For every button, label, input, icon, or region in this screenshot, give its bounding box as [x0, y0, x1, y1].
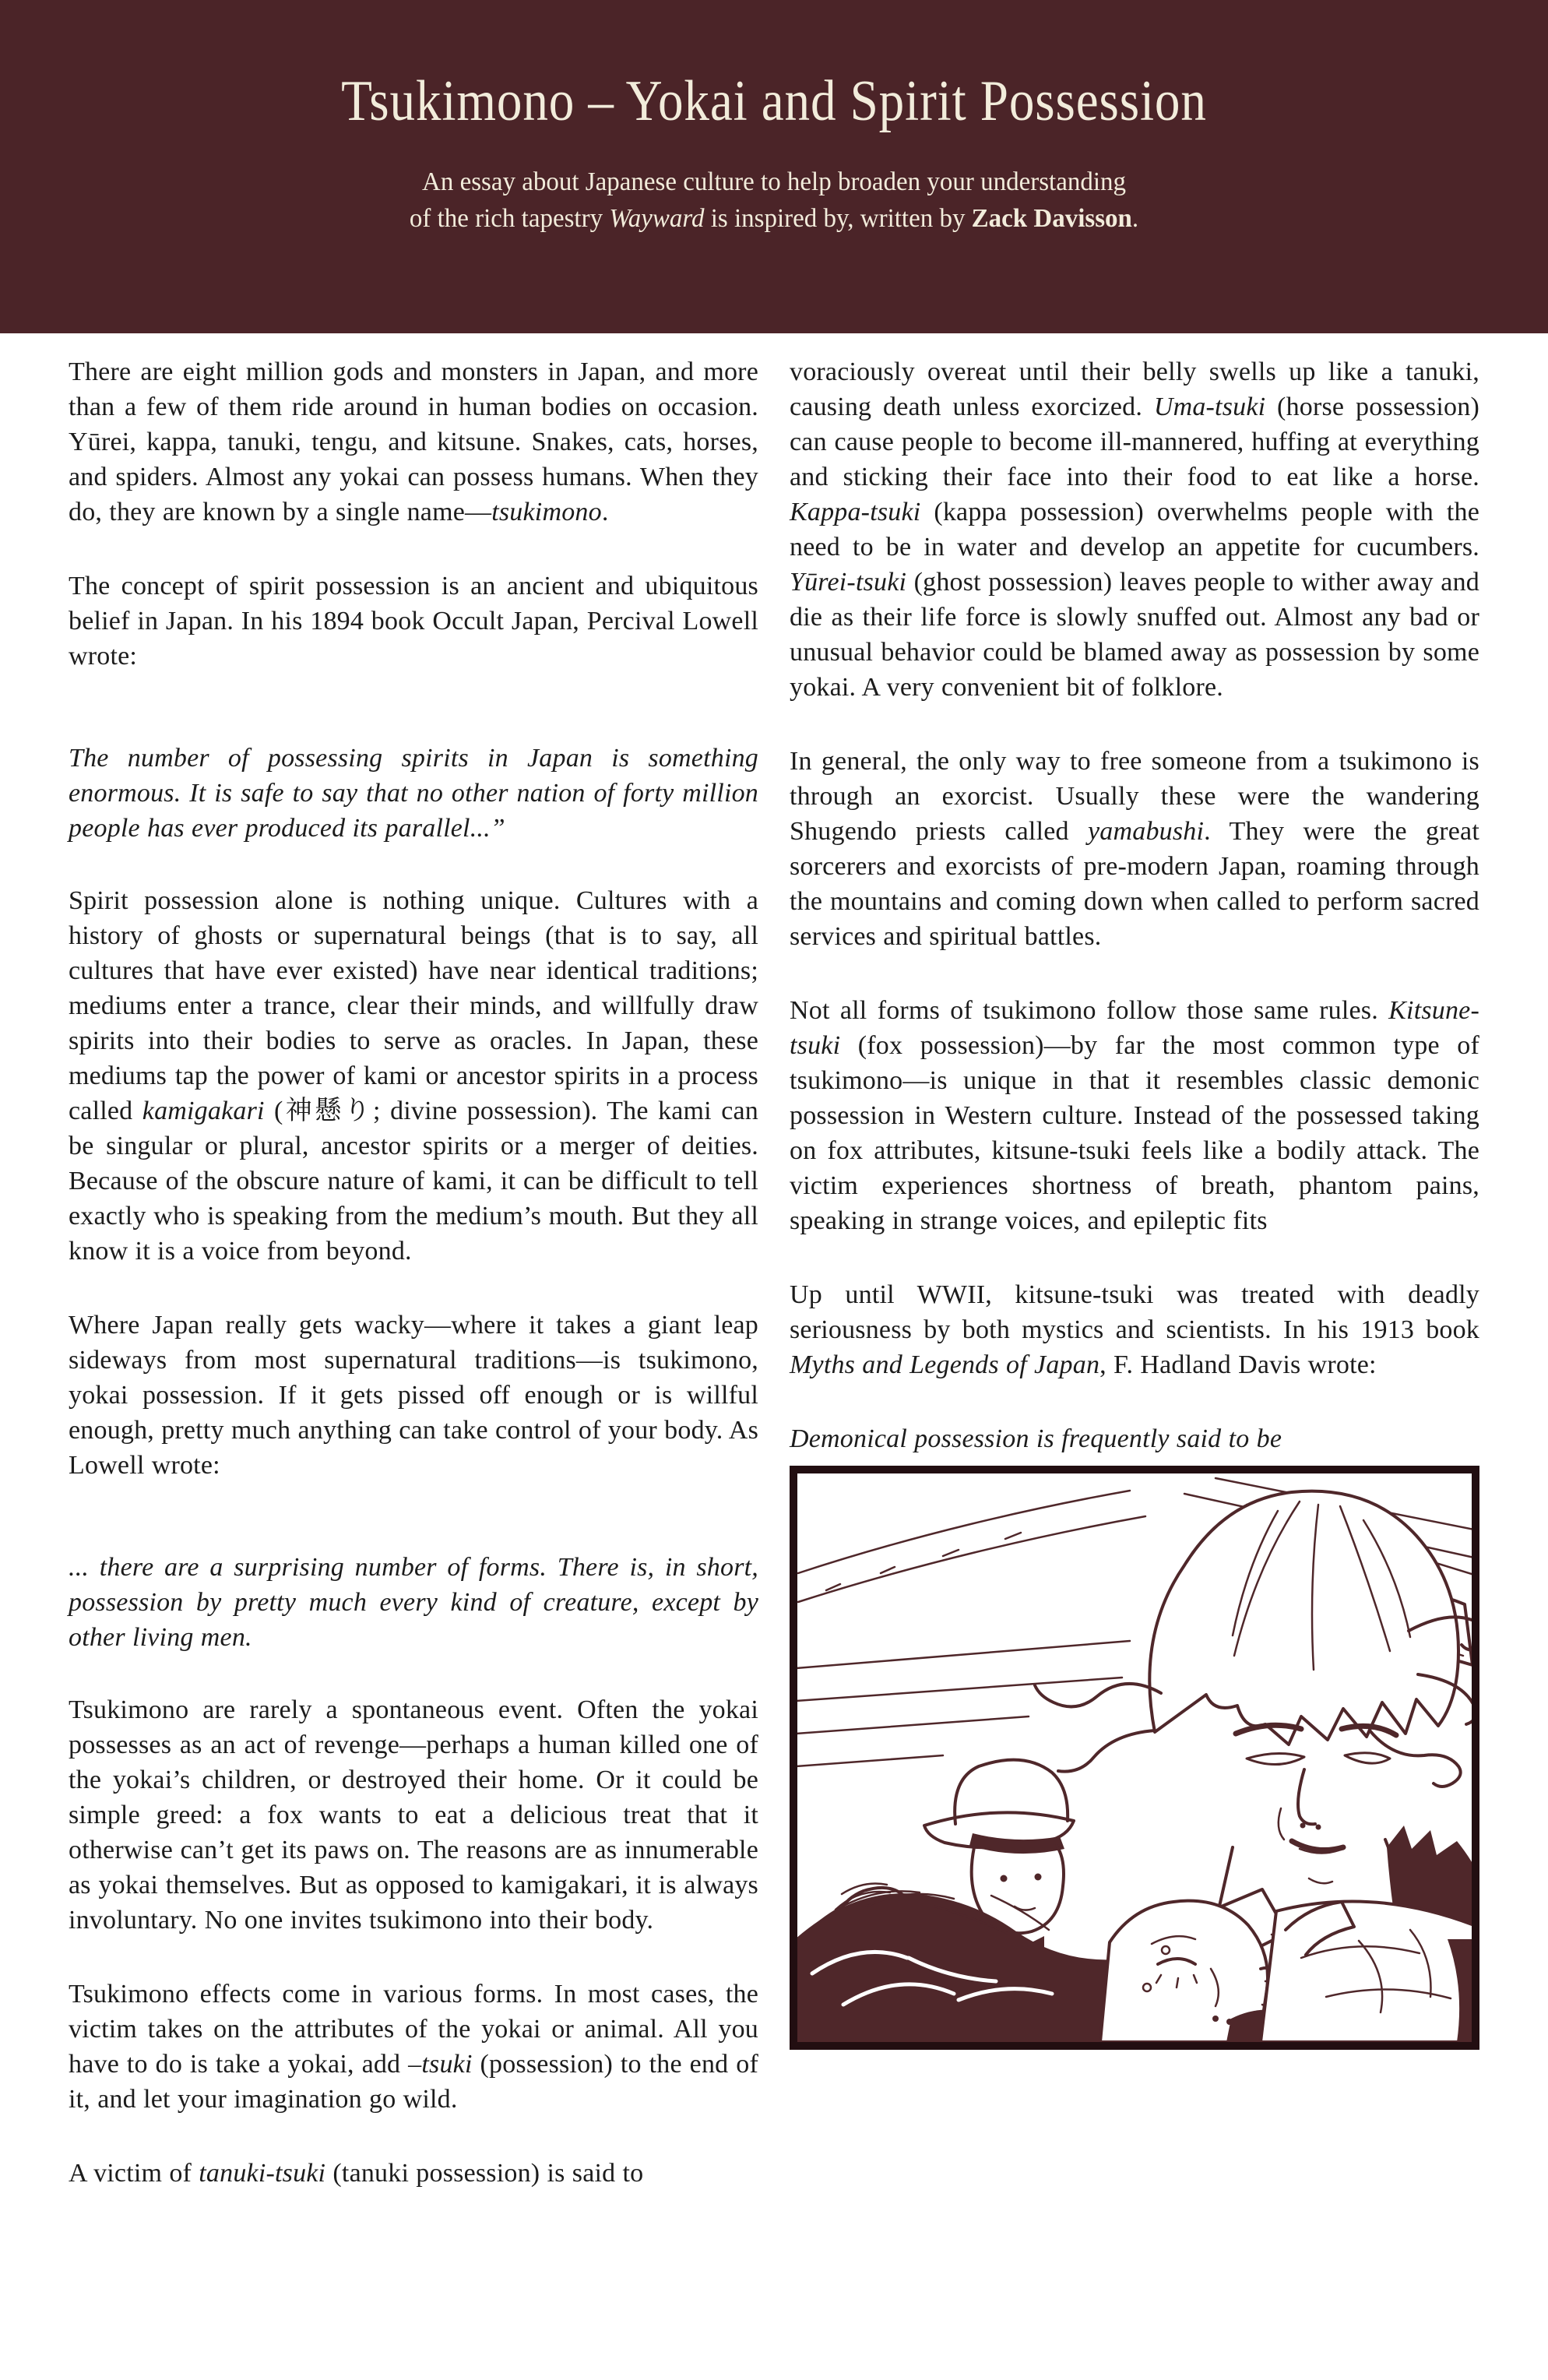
subtitle-line-2: of the rich tapestry Wayward is inspired… [23, 200, 1525, 237]
comic-panel [790, 1466, 1479, 2050]
text-run: The concept of spirit possession is an a… [69, 572, 758, 671]
text-run: Where Japan really gets wacky—where it t… [69, 1311, 758, 1480]
essay-header: Tsukimono – Yokai and Spirit Possession … [0, 0, 1548, 333]
text-run: ... there are a surprising number of for… [69, 1553, 758, 1652]
text-run: kamigakari [142, 1097, 265, 1125]
essay-subtitle: An essay about Japanese culture to help … [23, 164, 1525, 237]
possession-illustration [797, 1473, 1472, 2042]
text-run: Uma-tsuki [1154, 393, 1265, 421]
text-run: . [1132, 204, 1138, 233]
text-run: . [602, 498, 609, 526]
body-paragraph: Tsukimono are rarely a spontaneous event… [69, 1692, 758, 1938]
lying-victim [797, 1891, 1290, 2042]
body-paragraph: Up until WWII, kitsune-tsuki was treated… [790, 1277, 1479, 1382]
essay-body: There are eight million gods and monster… [0, 333, 1548, 2191]
body-paragraph: Not all forms of tsukimono follow those … [790, 993, 1479, 1238]
text-run: tsukimono [491, 498, 602, 526]
right-column-text: voraciously overeat until their belly sw… [790, 354, 1479, 1456]
body-paragraph: Spirit possession alone is nothing uniqu… [69, 883, 758, 1269]
quote-paragraph: Demonical possession is frequently said … [790, 1421, 1479, 1456]
text-run: Demonical possession is frequently said … [790, 1424, 1282, 1453]
text-run: Not all forms of tsukimono follow those … [790, 996, 1388, 1025]
text-run: Tsukimono are rarely a spontaneous event… [69, 1695, 758, 1935]
text-run: A victim of [69, 2159, 199, 2188]
possessed-hair [1149, 1491, 1458, 1745]
subtitle-line-1: An essay about Japanese culture to help … [23, 164, 1525, 200]
left-column: There are eight million gods and monster… [69, 354, 758, 2191]
quote-paragraph: ... there are a surprising number of for… [69, 1550, 758, 1655]
document-page: Tsukimono – Yokai and Spirit Possession … [0, 0, 1548, 2380]
text-run: (fox possession)—by far the most common … [790, 1031, 1479, 1235]
text-run: , F. Hadland Davis wrote: [1099, 1350, 1377, 1379]
text-run: yamabushi [1088, 817, 1204, 846]
right-column: voraciously overeat until their belly sw… [790, 354, 1479, 2191]
body-paragraph: A victim of tanuki-tsuki (tanuki possess… [69, 2156, 758, 2191]
shoulder-drapery [1261, 1902, 1472, 2042]
text-run: Yūrei-tsuki [790, 568, 906, 597]
text-run: Spirit possession alone is nothing uniqu… [69, 886, 758, 1125]
text-run: –tsuki [408, 2050, 472, 2079]
text-run: Zack Davisson [972, 204, 1132, 233]
quote-paragraph: The number of possessing spirits in Japa… [69, 741, 758, 846]
body-paragraph: The concept of spirit possession is an a… [69, 569, 758, 674]
text-run: (tanuki possession) is said to [325, 2159, 643, 2188]
text-run: tanuki-tsuki [199, 2159, 325, 2188]
body-paragraph: Tsukimono effects come in various forms.… [69, 1977, 758, 2117]
text-run: Wayward [609, 204, 704, 233]
text-run: is inspired by, written by [704, 204, 971, 233]
text-run: Myths and Legends of Japan [790, 1350, 1099, 1379]
text-run: An essay about Japanese culture to help … [422, 167, 1126, 196]
body-paragraph: In general, the only way to free someone… [790, 744, 1479, 954]
text-run: The number of possessing spirits in Japa… [69, 744, 758, 843]
text-run: There are eight million gods and monster… [69, 357, 758, 526]
text-run: Up until WWII, kitsune-tsuki was treated… [790, 1280, 1479, 1344]
body-paragraph: Where Japan really gets wacky—where it t… [69, 1308, 758, 1483]
body-paragraph: There are eight million gods and monster… [69, 354, 758, 530]
essay-title: Tsukimono – Yokai and Spirit Possession [93, 0, 1455, 132]
text-run: Kappa-tsuki [790, 498, 920, 526]
body-paragraph: voraciously overeat until their belly sw… [790, 354, 1479, 705]
victim-hair [797, 1893, 1116, 2042]
text-run: of the rich tapestry [410, 204, 609, 233]
